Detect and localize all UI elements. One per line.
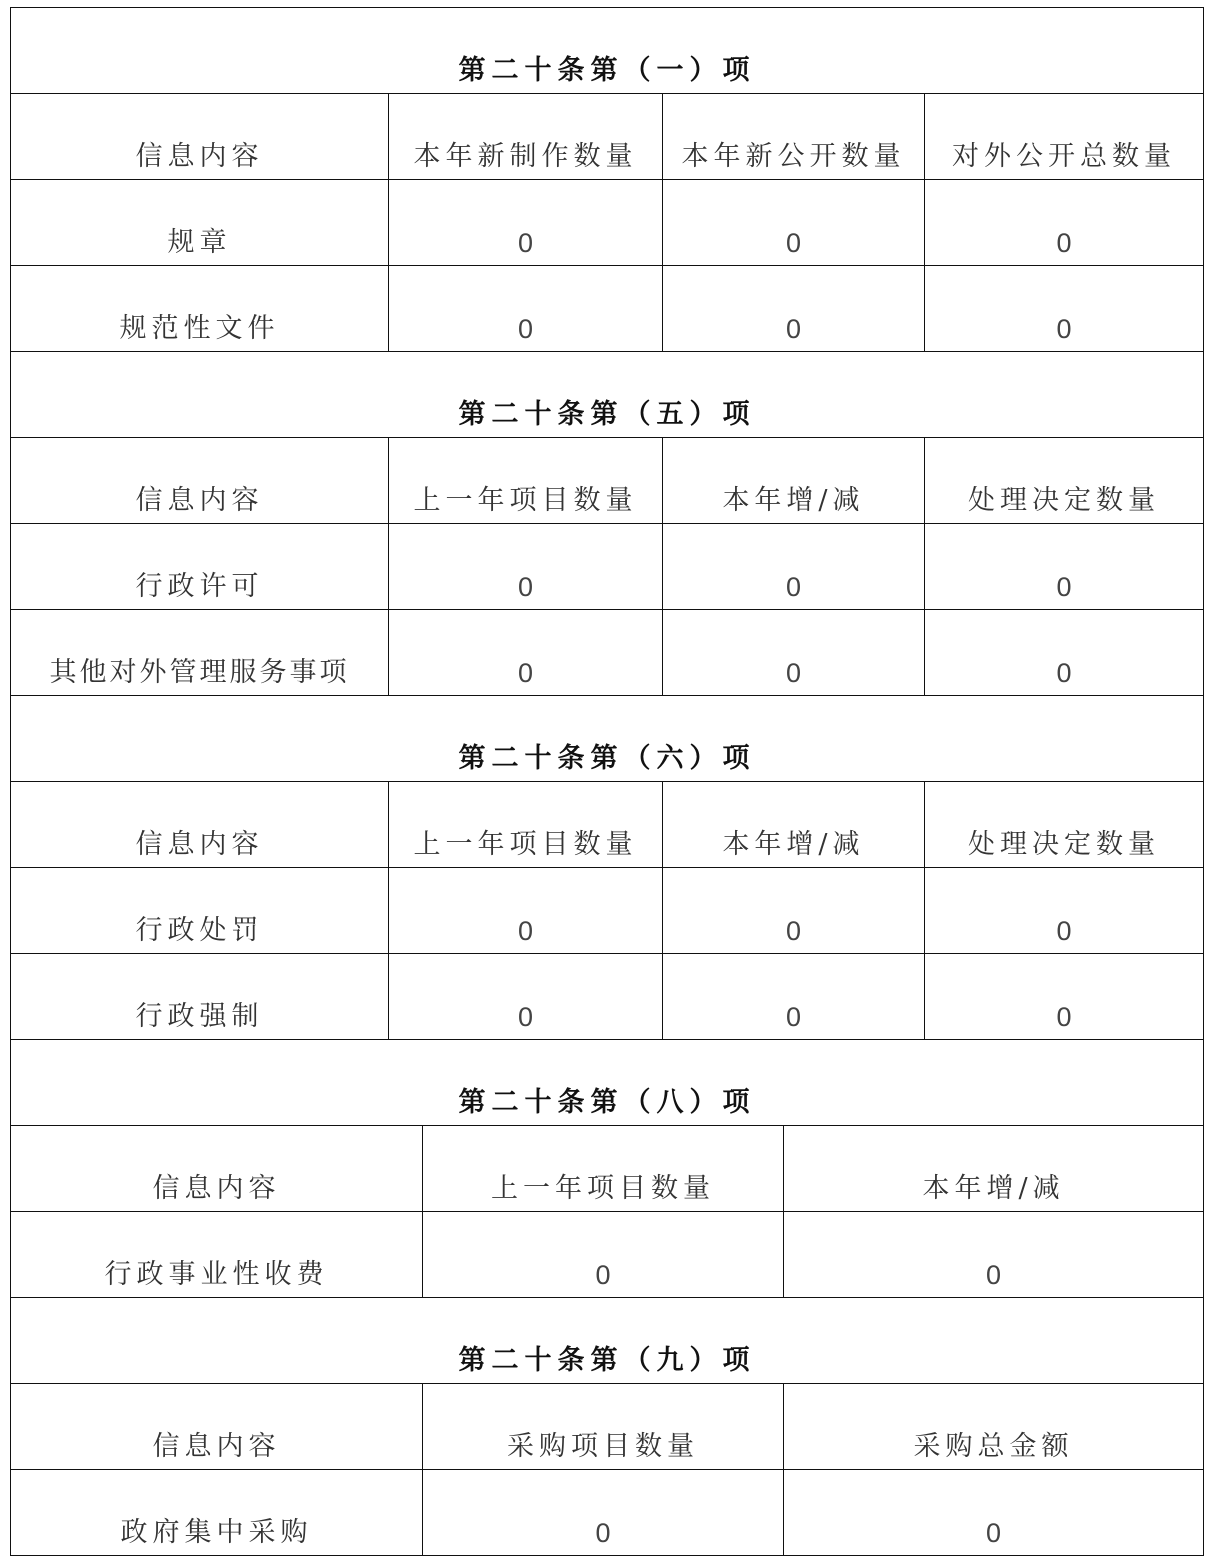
header-cell: 本年新制作数量 (389, 94, 663, 180)
row-label: 行政事业性收费 (11, 1212, 423, 1298)
value-cell: 0 (389, 868, 663, 954)
row-label: 行政强制 (11, 954, 389, 1040)
row-label: 规范性文件 (11, 266, 389, 352)
value-cell: 0 (389, 180, 663, 266)
table-row: 行政许可 0 0 0 (11, 524, 1204, 610)
value-cell: 0 (423, 1470, 784, 1556)
value-cell: 0 (925, 954, 1204, 1040)
section-title: 第二十条第（五）项 (11, 352, 1204, 438)
header-cell: 对外公开总数量 (925, 94, 1204, 180)
row-label: 规章 (11, 180, 389, 266)
header-cell: 采购总金额 (784, 1384, 1204, 1470)
section-title-row: 第二十条第（九）项 (11, 1298, 1204, 1384)
header-cell: 本年增/减 (784, 1126, 1204, 1212)
row-label: 行政处罚 (11, 868, 389, 954)
value-cell: 0 (925, 868, 1204, 954)
header-cell: 上一年项目数量 (423, 1126, 784, 1212)
row-label: 政府集中采购 (11, 1470, 423, 1556)
value-cell: 0 (925, 180, 1204, 266)
info-disclosure-table: 第二十条第（一）项 信息内容 本年新制作数量 本年新公开数量 对外公开总数量 规… (10, 7, 1204, 1556)
value-cell: 0 (925, 266, 1204, 352)
section-title-row: 第二十条第（六）项 (11, 696, 1204, 782)
value-cell: 0 (389, 954, 663, 1040)
value-cell: 0 (663, 868, 925, 954)
value-cell: 0 (925, 610, 1204, 696)
row-label: 行政许可 (11, 524, 389, 610)
header-cell: 上一年项目数量 (389, 438, 663, 524)
value-cell: 0 (784, 1212, 1204, 1298)
value-cell: 0 (925, 524, 1204, 610)
header-cell: 信息内容 (11, 782, 389, 868)
section-title: 第二十条第（八）项 (11, 1040, 1204, 1126)
table-row: 行政强制 0 0 0 (11, 954, 1204, 1040)
value-cell: 0 (389, 610, 663, 696)
value-cell: 0 (423, 1212, 784, 1298)
table-row: 行政处罚 0 0 0 (11, 868, 1204, 954)
row-label: 其他对外管理服务事项 (11, 610, 389, 696)
header-row: 信息内容 本年新制作数量 本年新公开数量 对外公开总数量 (11, 94, 1204, 180)
value-cell: 0 (663, 524, 925, 610)
header-cell: 本年新公开数量 (663, 94, 925, 180)
header-row: 信息内容 上一年项目数量 本年增/减 处理决定数量 (11, 782, 1204, 868)
value-cell: 0 (663, 180, 925, 266)
header-cell: 信息内容 (11, 1384, 423, 1470)
table-row: 政府集中采购 0 0 (11, 1470, 1204, 1556)
value-cell: 0 (389, 524, 663, 610)
header-cell: 采购项目数量 (423, 1384, 784, 1470)
header-cell: 信息内容 (11, 438, 389, 524)
value-cell: 0 (663, 610, 925, 696)
table-row: 其他对外管理服务事项 0 0 0 (11, 610, 1204, 696)
value-cell: 0 (663, 266, 925, 352)
value-cell: 0 (389, 266, 663, 352)
value-cell: 0 (663, 954, 925, 1040)
header-cell: 处理决定数量 (925, 782, 1204, 868)
header-cell: 本年增/减 (663, 438, 925, 524)
section-title: 第二十条第（一）项 (11, 8, 1204, 94)
header-row: 信息内容 上一年项目数量 本年增/减 处理决定数量 (11, 438, 1204, 524)
header-cell: 信息内容 (11, 94, 389, 180)
header-cell: 上一年项目数量 (389, 782, 663, 868)
header-row: 信息内容 上一年项目数量 本年增/减 (11, 1126, 1204, 1212)
header-cell: 处理决定数量 (925, 438, 1204, 524)
value-cell: 0 (784, 1470, 1204, 1556)
header-cell: 本年增/减 (663, 782, 925, 868)
header-row: 信息内容 采购项目数量 采购总金额 (11, 1384, 1204, 1470)
section-title-row: 第二十条第（五）项 (11, 352, 1204, 438)
section-title: 第二十条第（六）项 (11, 696, 1204, 782)
table-row: 行政事业性收费 0 0 (11, 1212, 1204, 1298)
section-title: 第二十条第（九）项 (11, 1298, 1204, 1384)
table-row: 规范性文件 0 0 0 (11, 266, 1204, 352)
header-cell: 信息内容 (11, 1126, 423, 1212)
table-row: 规章 0 0 0 (11, 180, 1204, 266)
section-title-row: 第二十条第（八）项 (11, 1040, 1204, 1126)
section-title-row: 第二十条第（一）项 (11, 8, 1204, 94)
